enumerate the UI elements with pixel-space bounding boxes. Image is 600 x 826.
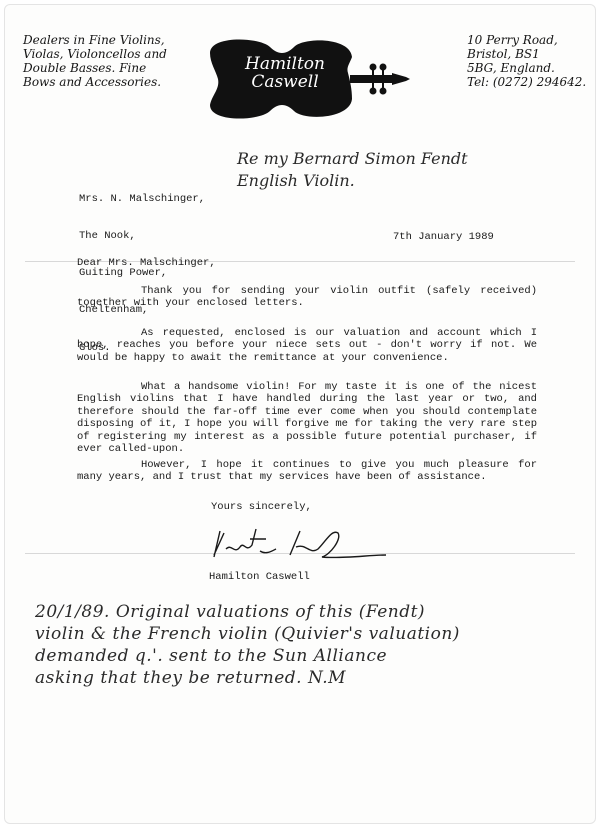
reference-line: English Violin. xyxy=(237,170,468,192)
handwritten-note: 20/1/89. Original valuations of this (Fe… xyxy=(35,601,460,689)
letter-date: 7th January 1989 xyxy=(393,231,494,243)
recipient-line: The Nook, xyxy=(79,230,205,242)
recipient-line: Mrs. N. Malschinger, xyxy=(79,193,205,205)
logo-line: Caswell xyxy=(230,73,340,91)
note-line: violin & the French violin (Quivier's va… xyxy=(35,623,460,645)
address-line: Bristol, BS1 xyxy=(467,47,587,61)
note-line: demanded q.'. sent to the Sun Alliance xyxy=(35,645,460,667)
note-line: 20/1/89. Original valuations of this (Fe… xyxy=(35,601,460,623)
letter-page: Dealers in Fine Violins, Violas, Violonc… xyxy=(4,4,596,824)
body-paragraph: As requested, enclosed is our valuation … xyxy=(77,327,537,364)
address-line: 10 Perry Road, xyxy=(467,33,587,47)
closing: Yours sincerely, xyxy=(211,501,312,513)
body-paragraph: However, I hope it continues to give you… xyxy=(77,459,537,484)
paragraph-text: However, I hope it continues to give you… xyxy=(77,459,537,484)
salutation: Dear Mrs. Malschinger, xyxy=(77,257,216,269)
paragraph-text: Thank you for sending your violin outfit… xyxy=(77,285,537,310)
paragraph-text: As requested, enclosed is our valuation … xyxy=(77,327,537,364)
letterhead-tagline: Dealers in Fine Violins, Violas, Violonc… xyxy=(23,33,183,89)
tagline-line: Violas, Violoncellos and xyxy=(23,47,183,61)
tagline-line: Bows and Accessories. xyxy=(23,75,183,89)
logo-wordmark: Hamilton Caswell xyxy=(230,55,340,91)
violin-icon: Hamilton Caswell xyxy=(200,33,420,125)
body-paragraph: What a handsome violin! For my taste it … xyxy=(77,381,537,455)
note-line: asking that they be returned. N.M xyxy=(35,667,460,689)
logo-line: Hamilton xyxy=(230,55,340,73)
tagline-line: Double Basses. Fine xyxy=(23,61,183,75)
paragraph-text: What a handsome violin! For my taste it … xyxy=(77,381,537,455)
letterhead-address: 10 Perry Road, Bristol, BS1 5BG, England… xyxy=(467,33,587,89)
signatory-name: Hamilton Caswell xyxy=(209,571,310,583)
address-line: 5BG, England. xyxy=(467,61,587,75)
tagline-line: Dealers in Fine Violins, xyxy=(23,33,183,47)
reference-line: Re my Bernard Simon Fendt xyxy=(237,148,468,170)
body-paragraph: Thank you for sending your violin outfit… xyxy=(77,285,537,310)
signature-icon xyxy=(210,525,390,565)
handwritten-reference: Re my Bernard Simon Fendt English Violin… xyxy=(237,148,468,192)
address-line: Tel: (0272) 294642. xyxy=(467,75,587,89)
